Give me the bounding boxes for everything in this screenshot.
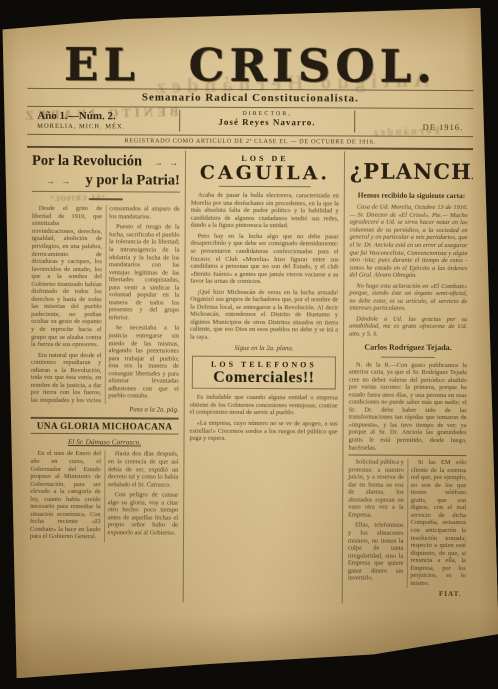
- body-paragraph: N. de la R.—Con gusto publicamos la ante…: [348, 361, 466, 452]
- issue-date: DE 1916.: [361, 122, 463, 133]
- director-name: José Reyes Navarro.: [186, 117, 348, 128]
- date-info: DE 1916.: [355, 111, 469, 134]
- body-paragraph: Pero hay en la lucha algo que no debe pa…: [190, 233, 338, 287]
- body-paragraph: Hasta dos días después, en la creencia d…: [108, 451, 179, 489]
- publication-place: MORELIA, MICH. MÉX.: [37, 123, 173, 131]
- continuation-note: Sigue en la 2a. plana.: [190, 344, 338, 352]
- body-paragraph: Se necesitaba a la justicia entregarse s…: [108, 325, 179, 401]
- director-info: DIRECTOR, José Reyes Navarro.: [179, 110, 355, 133]
- article-text-telefonos: Es indudable que cuando alguna entidad o…: [190, 394, 338, 443]
- letter-paragraph: Dándole a Ud. las gracias por su amabili…: [349, 315, 467, 338]
- divider: [348, 455, 466, 457]
- arrow-ornament: → →: [46, 176, 72, 186]
- headline-revolucion-line2: → → y por la Patria!: [32, 172, 180, 193]
- body-paragraph: Puesto el riesgo de la lucha, sacrificab…: [109, 224, 180, 322]
- headline-plancha: ¿PLANCHA?: [350, 159, 468, 185]
- letter-signature: Carlos Rodríguez Tejada.: [349, 342, 467, 352]
- screenshot-root: { "masthead": { "title": "EL CRISOL.", "…: [0, 0, 498, 689]
- headline-text: Por la Revolución: [32, 153, 142, 171]
- continuation-note: Pasa a la 2a. pág.: [31, 406, 179, 414]
- section-subheading-gloria: El Sr. Dámaso Carrasco.: [31, 437, 179, 447]
- newspaper-title: EL CRISOL.: [27, 41, 473, 91]
- body-paragraph: Si las EM sólo cliente de la extensa red…: [410, 459, 466, 588]
- body-columns: Por la Revolución → → → → y por la Patri…: [25, 150, 473, 604]
- arrow-ornament: → →: [154, 158, 180, 168]
- article-text-gloria: En el mes de Enero del año en curso, el …: [30, 450, 178, 542]
- letter-paragraph: No hago esta aclaración en «El Combate» …: [349, 282, 467, 313]
- body-paragraph: Ellas, telefonistas y los almacenes mism…: [348, 522, 404, 583]
- column-right: ¿PLANCHA? Hemos recibido la siguiente ca…: [343, 152, 473, 605]
- masthead-info-row: Año 1.—Núm. 2. MORELIA, MICH. MÉX. DIREC…: [27, 107, 473, 136]
- headline-text: y por la Patria!: [85, 172, 179, 189]
- letter-intro: Hemos recibido la siguiente carta:: [350, 191, 468, 201]
- body-paragraph: «La empresa, cuyo número no se ve de apo…: [190, 420, 338, 443]
- letter-paragraph: Casa de Ud. Morelia, Octubre 13 de 1916.…: [349, 204, 467, 280]
- newspaper-subtitle: Semanario Radical Constitucionalista.: [27, 89, 473, 108]
- column-center: LOS DE CAGUILA. Acaba de pasar la bulla …: [183, 151, 345, 604]
- divider: [381, 356, 435, 357]
- rule-ornament: [89, 198, 123, 200]
- column-left: Por la Revolución → → → → y por la Patri…: [25, 150, 185, 603]
- letter-text: Casa de Ud. Morelia, Octubre 13 de 1916.…: [349, 204, 468, 339]
- printed-content: EL CRISOL. Semanario Radical Constitucio…: [25, 21, 474, 605]
- body-paragraph: En el mes de Enero del año en curso, el …: [30, 450, 101, 541]
- telefonos-kicker: LOS TELEFONOS: [196, 359, 332, 369]
- telefonos-headline: Comerciales!!: [196, 369, 332, 387]
- section-heading-gloria: UNA GLORIA MICHOACANA: [31, 417, 179, 435]
- body-paragraph: Con peligro de cansar algo su gloria, vo…: [108, 491, 179, 537]
- body-paragraph: Es indudable que cuando alguna entidad o…: [190, 394, 338, 417]
- article-tail-signature: FIAT.: [352, 590, 462, 599]
- body-paragraph: Desde el grito de libertad de 1910, que …: [31, 205, 102, 349]
- body-paragraph: Acaba de pasar la bulla electorera, cara…: [191, 192, 339, 231]
- body-paragraph: ¡Qué hizo Michoacán de veras en la lucha…: [190, 288, 338, 342]
- masthead: EL CRISOL. Semanario Radical Constitucio…: [27, 41, 474, 151]
- issue-info: Año 1.—Núm. 2. MORELIA, MICH. MÉX.: [31, 109, 179, 132]
- headline-revolucion-line1: Por la Revolución → →: [32, 153, 180, 171]
- divider: [219, 186, 311, 187]
- article-text-revolucion: Desde el grito de libertad de 1910, que …: [31, 205, 180, 405]
- article-text-caguila: Acaba de pasar la bulla electorera, cara…: [190, 192, 339, 342]
- editor-note: N. de la R.—Con gusto publicamos la ante…: [348, 361, 466, 452]
- headline-caguila: CAGUILA.: [191, 163, 339, 185]
- newspaper-page: Antiguo Hernández BENITO JUAREZ Fernánde…: [0, 8, 498, 678]
- issue-number: Año 1.—Núm. 2.: [37, 110, 173, 123]
- telefonos-ad-box: LOS TELEFONOS Comerciales!!: [192, 355, 336, 390]
- article-text-bottom-right: Solicitud pública y protestas: a nuestro…: [348, 459, 467, 589]
- body-paragraph: Solicitud pública y protestas: a nuestro…: [348, 459, 404, 520]
